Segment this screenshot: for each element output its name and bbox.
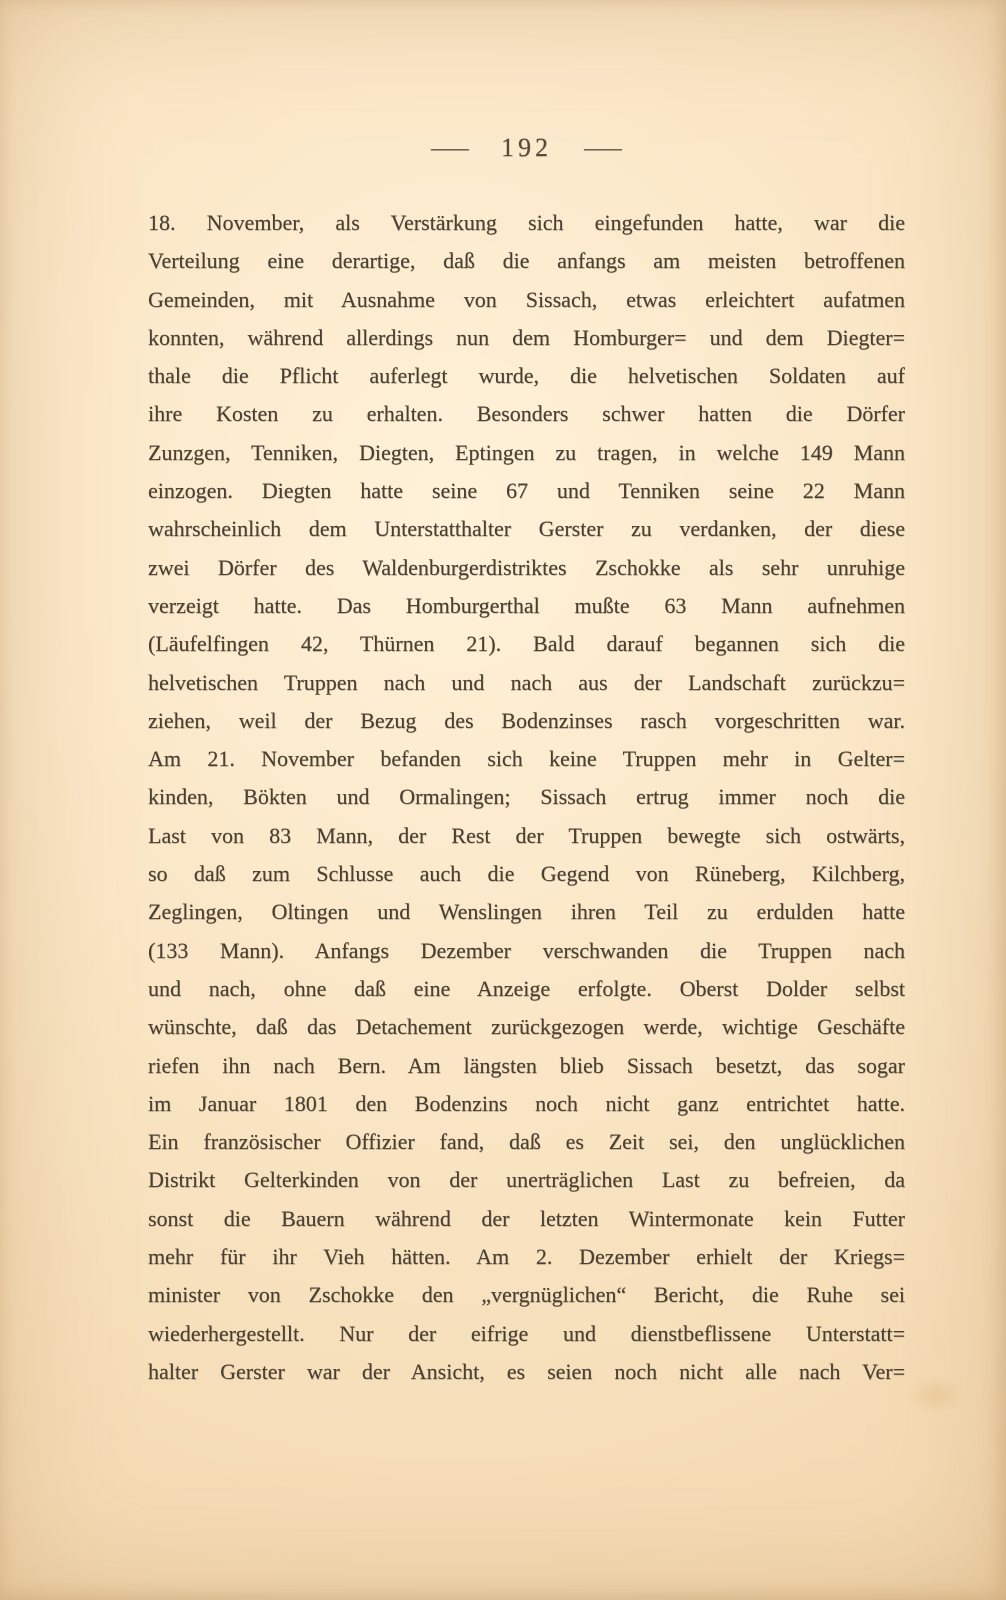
text-line: (133 Mann). Anfangs Dezember verschwande… xyxy=(148,932,905,970)
text-line: Am 21. November befanden sich keine Trup… xyxy=(148,740,905,778)
text-line: 18. November, als Verstärkung sich einge… xyxy=(148,204,905,242)
text-line: und nach, ohne daß eine Anzeige erfolgte… xyxy=(148,970,905,1008)
text-line: im Januar 1801 den Bodenzins noch nicht … xyxy=(148,1085,905,1123)
text-line: ihre Kosten zu erhalten. Besonders schwe… xyxy=(148,395,905,433)
header-dash-left: — xyxy=(431,133,469,163)
text-line: sonst die Bauern während der letzten Win… xyxy=(148,1200,905,1238)
text-line: ziehen, weil der Bezug des Bodenzinses r… xyxy=(148,702,905,740)
text-line: verzeigt hatte. Das Homburgerthal mußte … xyxy=(148,587,905,625)
text-line: wünschte, daß das Detachement zurückgezo… xyxy=(148,1008,905,1046)
text-line: Ein französischer Offizier fand, daß es … xyxy=(148,1123,905,1161)
body-text: 18. November, als Verstärkung sich einge… xyxy=(148,204,905,1391)
text-line: einzogen. Diegten hatte seine 67 und Ten… xyxy=(148,472,905,510)
text-line: Distrikt Gelterkinden von der unerträgli… xyxy=(148,1161,905,1199)
text-line: riefen ihn nach Bern. Am längsten blieb … xyxy=(148,1047,905,1085)
text-line: mehr für ihr Vieh hätten. Am 2. Dezember… xyxy=(148,1238,905,1276)
text-line: helvetischen Truppen nach und nach aus d… xyxy=(148,664,905,702)
text-line: Verteilung eine derartige, daß die anfan… xyxy=(148,242,905,280)
scanned-book-page: — 192 — 18. November, als Verstärkung si… xyxy=(0,0,1006,1600)
text-line: halter Gerster war der Ansicht, es seien… xyxy=(148,1353,905,1391)
text-line: wahrscheinlich dem Unterstatthalter Gers… xyxy=(148,510,905,548)
text-line: zwei Dörfer des Waldenburgerdistriktes Z… xyxy=(148,549,905,587)
text-line: minister von Zschokke den „vergnüglichen… xyxy=(148,1276,905,1314)
text-line: (Läufelfingen 42, Thürnen 21). Bald dara… xyxy=(148,625,905,663)
text-line: wiederhergestellt. Nur der eifrige und d… xyxy=(148,1315,905,1353)
text-line: thale die Pflicht auferlegt wurde, die h… xyxy=(148,357,905,395)
page-number: 192 xyxy=(501,133,552,163)
text-line: kinden, Bökten und Ormalingen; Sissach e… xyxy=(148,778,905,816)
text-line: konnten, während allerdings nun dem Homb… xyxy=(148,319,905,357)
text-line: so daß zum Schlusse auch die Gegend von … xyxy=(148,855,905,893)
text-line: Zeglingen, Oltingen und Wenslingen ihren… xyxy=(148,893,905,931)
text-line: Gemeinden, mit Ausnahme von Sissach, etw… xyxy=(148,281,905,319)
text-line: Zunzgen, Tenniken, Diegten, Eptingen zu … xyxy=(148,434,905,472)
text-line: Last von 83 Mann, der Rest der Truppen b… xyxy=(148,817,905,855)
page-header: — 192 — xyxy=(148,133,905,163)
header-dash-right: — xyxy=(584,133,622,163)
paper-stain xyxy=(905,1375,965,1415)
